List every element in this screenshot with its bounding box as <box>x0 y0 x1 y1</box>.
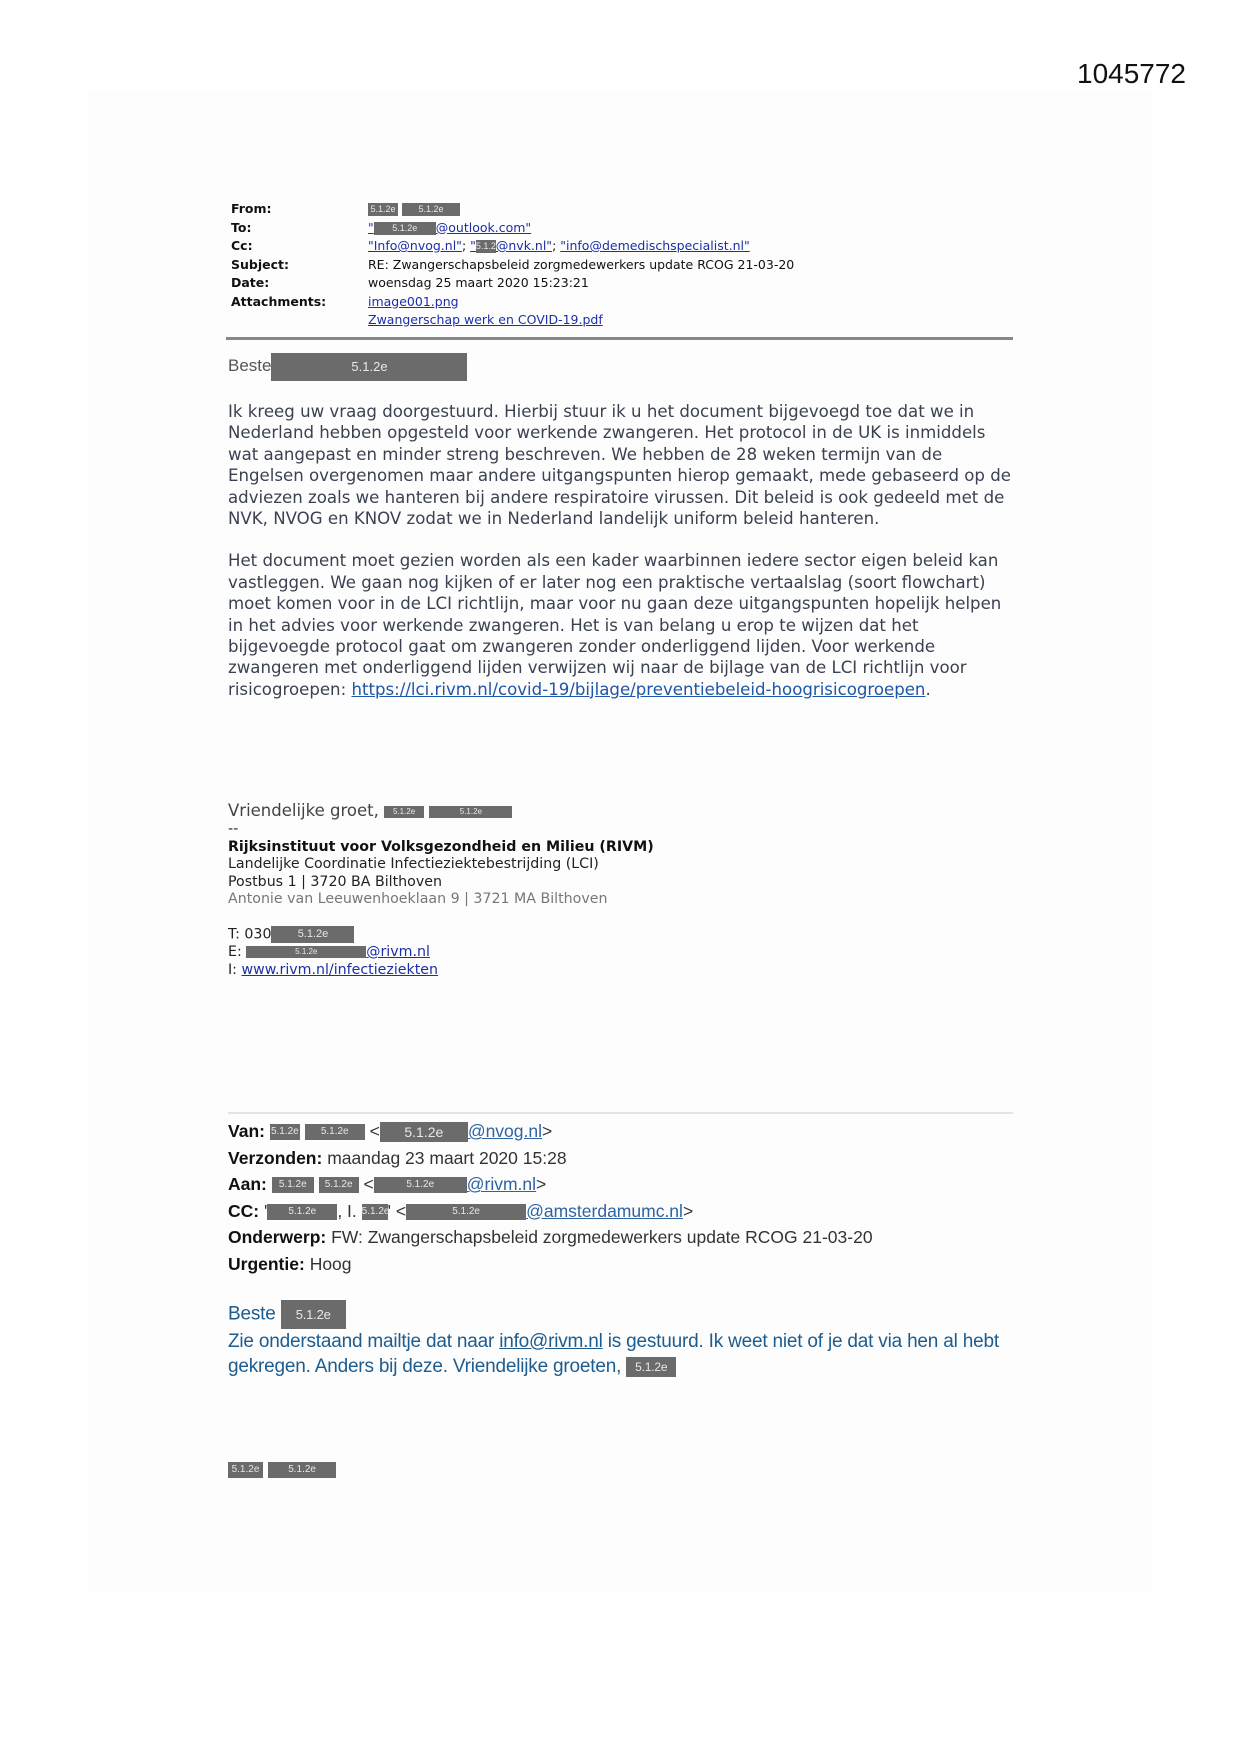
email-link[interactable]: @rivm.nl <box>366 944 430 960</box>
separator: ; <box>462 238 470 253</box>
redaction: 5.1.2e <box>402 203 460 216</box>
onderwerp-label: Onderwerp: <box>228 1227 326 1247</box>
to-value: "5.1.2e@outlook.com" <box>368 219 531 236</box>
redaction: 5.1.2e <box>374 222 436 235</box>
text-before: Zie onderstaand mailtje dat naar <box>228 1331 499 1352</box>
greeting-text: Beste <box>228 356 271 375</box>
redaction: 5.1.2e <box>246 946 366 958</box>
redaction: 5.1.2e <box>380 1122 468 1142</box>
redaction: 5.1.2e <box>271 353 467 381</box>
redaction: 5.1.2e <box>406 1204 526 1220</box>
cc-partial: I. <box>347 1201 357 1221</box>
redaction: 5.1.2e <box>476 240 496 253</box>
reply-paragraph-1: Ik kreeg uw vraag doorgestuurd. Hierbij … <box>228 401 1018 529</box>
reply-body: Beste5.1.2e Ik kreeg uw vraag doorgestuu… <box>228 351 1018 700</box>
forward-message: Beste 5.1.2e Zie onderstaand mailtje dat… <box>228 1300 1028 1379</box>
redaction: 5.1.2e <box>429 806 512 818</box>
redaction: 5.1.2e <box>228 1462 263 1478</box>
onderwerp-row: Onderwerp: FW: Zwangerschapsbeleid zorgm… <box>228 1224 873 1251</box>
redaction: 5.1.2e <box>368 203 398 216</box>
forward-divider <box>228 1112 1013 1114</box>
department: Landelijke Coordinatie Infectieziektebes… <box>228 856 654 874</box>
onderwerp-value: FW: Zwangerschapsbeleid zorgmedewerkers … <box>331 1227 872 1247</box>
van-email-link[interactable]: @nvog.nl <box>468 1121 542 1141</box>
forwarded-header: Van: 5.1.2e 5.1.2e <5.1.2e@nvog.nl> Verz… <box>228 1118 873 1277</box>
from-value: 5.1.2e5.1.2e <box>368 200 460 217</box>
header-divider <box>226 337 1013 340</box>
sig-separator: -- <box>228 821 654 839</box>
redaction: 5.1.2e <box>267 1204 337 1220</box>
redaction: 5.1.2e <box>362 1204 388 1220</box>
reply-greeting: Beste5.1.2e <box>228 351 1018 381</box>
from-label: From: <box>231 200 272 217</box>
attachments-label: Attachments: <box>231 293 326 310</box>
aan-email-link[interactable]: @rivm.nl <box>467 1174 536 1194</box>
cc-link-demedischspecialist[interactable]: "info@demedischspecialist.nl" <box>560 238 750 253</box>
aan-row: Aan: 5.1.2e 5.1.2e <5.1.2e@rivm.nl> <box>228 1171 873 1198</box>
date-label: Date: <box>231 274 269 291</box>
redaction: 5.1.2e <box>305 1124 365 1140</box>
cc-label: Cc: <box>231 237 253 254</box>
cc-email-link[interactable]: @amsterdamumc.nl <box>526 1201 683 1221</box>
greeting-text: Beste <box>228 1304 276 1325</box>
redaction: 5.1.2e <box>272 1177 314 1193</box>
attachment-image001[interactable]: image001.png <box>368 293 459 310</box>
redaction: 5.1.2e <box>626 1357 676 1377</box>
urgentie-label: Urgentie: <box>228 1254 305 1274</box>
aan-label: Aan: <box>228 1174 267 1194</box>
paragraph-end: . <box>925 680 930 699</box>
verzonden-label: Verzonden: <box>228 1148 322 1168</box>
rivm-website-link[interactable]: www.rivm.nl/infectieziekten <box>241 962 438 978</box>
forward-greeting: Beste 5.1.2e <box>228 1300 1028 1329</box>
reply-paragraph-2: Het document moet gezien worden als een … <box>228 550 1018 700</box>
document-number: 1045772 <box>1077 58 1186 90</box>
email-label: E: <box>228 944 246 960</box>
urgentie-value: Hoog <box>310 1254 352 1274</box>
cc-link-nvk[interactable]: @nvk.nl" <box>496 238 552 253</box>
signature: Vriendelijke groet, 5.1.2e 5.1.2e -- Rij… <box>228 801 654 979</box>
cc-label: CC: <box>228 1201 259 1221</box>
attachment-pdf[interactable]: Zwangerschap werk en COVID-19.pdf <box>368 311 603 328</box>
to-email-link[interactable]: @outlook.com" <box>436 220 531 235</box>
email-line: E: 5.1.2e@rivm.nl <box>228 944 654 962</box>
postbus: Postbus 1 | 3720 BA Bilthoven <box>228 874 654 892</box>
redaction: 5.1.2e <box>319 1177 359 1193</box>
info-rivm-link[interactable]: info@rivm.nl <box>499 1331 602 1352</box>
redaction: 5.1.2e <box>374 1177 467 1193</box>
cc-link-nvog[interactable]: "Info@nvog.nl" <box>368 238 462 253</box>
lci-risk-groups-link[interactable]: https://lci.rivm.nl/covid-19/bijlage/pre… <box>351 680 925 699</box>
phone-line: T: 0305.1.2e <box>228 926 654 944</box>
cc-value: "Info@nvog.nl"; "5.1.2e@nvk.nl"; "info@d… <box>368 237 750 254</box>
forward-text: Zie onderstaand mailtje dat naar info@ri… <box>228 1329 1028 1379</box>
van-row: Van: 5.1.2e 5.1.2e <5.1.2e@nvog.nl> <box>228 1118 873 1145</box>
redaction: 5.1.2e <box>270 1124 300 1140</box>
verzonden-row: Verzonden: maandag 23 maart 2020 15:28 <box>228 1145 873 1172</box>
street-address: Antonie van Leeuwenhoeklaan 9 | 3721 MA … <box>228 891 654 909</box>
closing: Vriendelijke groet, 5.1.2e 5.1.2e <box>228 801 654 821</box>
redaction: 5.1.2e <box>271 926 354 943</box>
subject-label: Subject: <box>231 256 289 273</box>
urgentie-row: Urgentie: Hoog <box>228 1251 873 1278</box>
subject-value: RE: Zwangerschapsbeleid zorgmedewerkers … <box>368 256 794 273</box>
verzonden-value: maandag 23 maart 2020 15:28 <box>327 1148 566 1168</box>
redaction: 5.1.2e <box>384 806 424 818</box>
to-label: To: <box>231 219 251 236</box>
redaction: 5.1.2e <box>268 1462 336 1478</box>
forward-sender-name: 5.1.2e 5.1.2e <box>228 1459 336 1478</box>
van-label: Van: <box>228 1121 265 1141</box>
date-value: woensdag 25 maart 2020 15:23:21 <box>368 274 589 291</box>
redaction: 5.1.2e <box>281 1300 346 1329</box>
cc-row: CC: '5.1.2e, I. 5.1.2e' <5.1.2e@amsterda… <box>228 1198 873 1225</box>
web-label: I: <box>228 962 241 978</box>
org-name: Rijksinstituut voor Volksgezondheid en M… <box>228 839 654 855</box>
web-line: I: www.rivm.nl/infectieziekten <box>228 962 654 980</box>
paragraph-text: Het document moet gezien worden als een … <box>228 551 1001 698</box>
closing-text: Vriendelijke groet, <box>228 801 379 820</box>
phone-label: T: 030 <box>228 926 271 942</box>
